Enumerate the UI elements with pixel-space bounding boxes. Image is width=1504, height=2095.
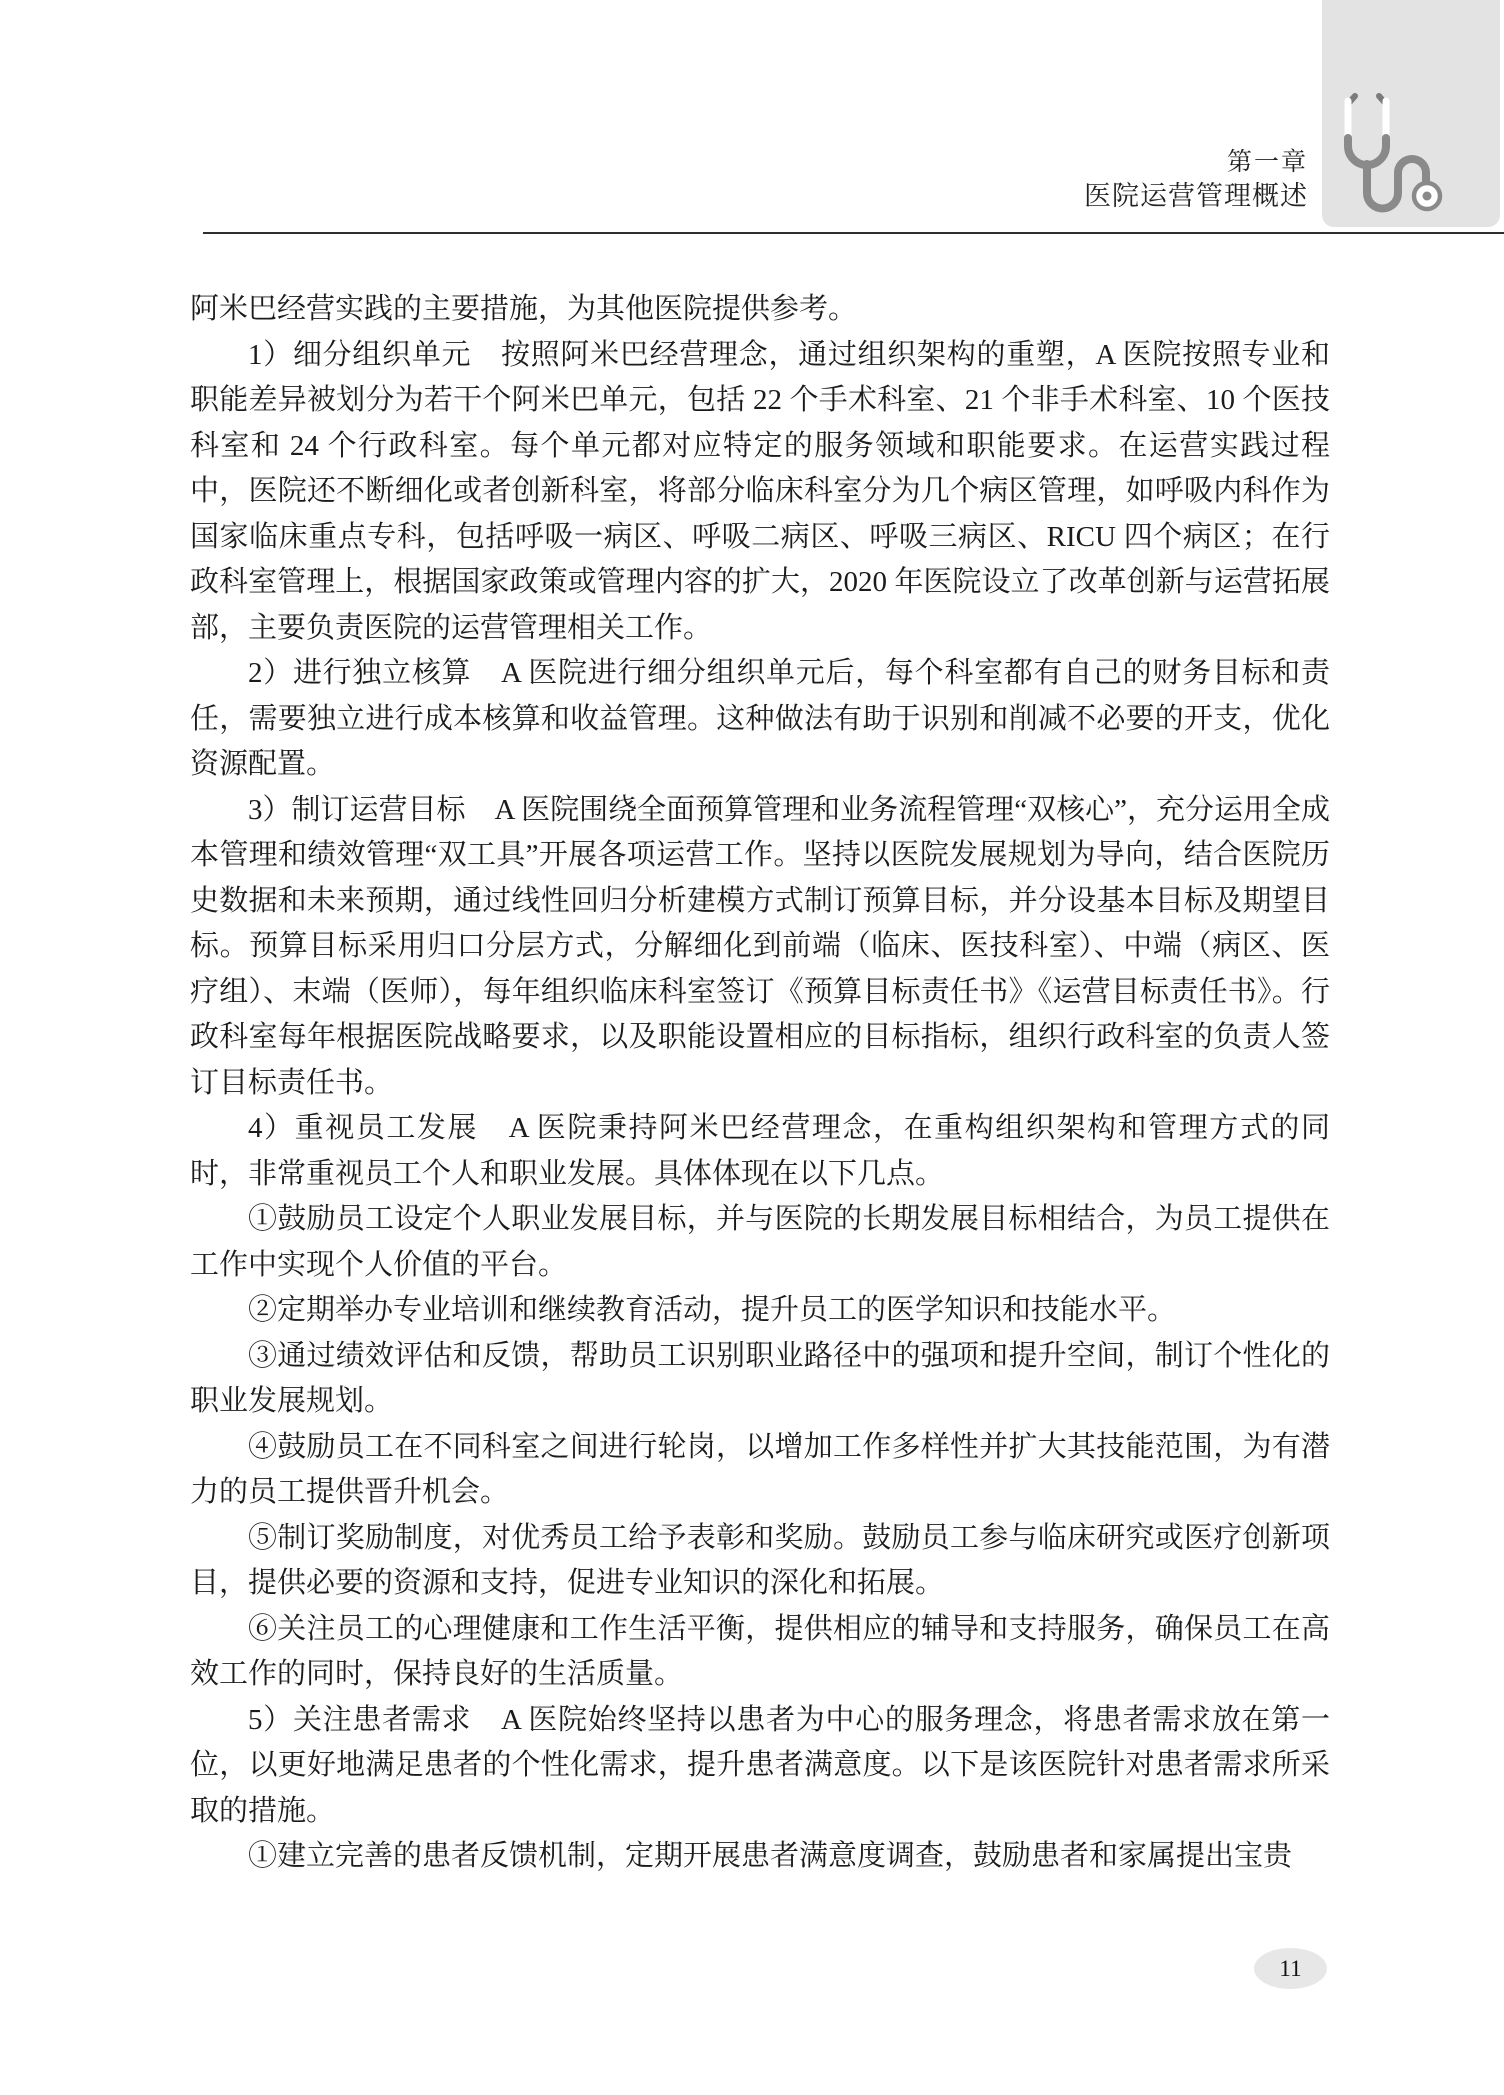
page-number-badge: 11 — [1254, 1948, 1327, 1989]
chapter-number: 第一章 — [1084, 146, 1308, 178]
paragraph: ⑥关注员工的心理健康和工作生活平衡，提供相应的辅导和支持服务，确保员工在高效工作… — [190, 1607, 1330, 1698]
book-page: 第一章 医院运营管理概述 阿米巴经营实践的主要措施，为其他医院提供参考。1）细分… — [0, 0, 1504, 2095]
paragraph: ⑤制订奖励制度，对优秀员工给予表彰和奖励。鼓励员工参与临床研究或医疗创新项目，提… — [190, 1516, 1330, 1607]
paragraph: 2）进行独立核算 A 医院进行细分组织单元后，每个科室都有自己的财务目标和责任，… — [190, 651, 1330, 788]
paragraph: ③通过绩效评估和反馈，帮助员工识别职业路径中的强项和提升空间，制订个性化的职业发… — [190, 1334, 1330, 1425]
paragraph: 5）关注患者需求 A 医院始终坚持以患者为中心的服务理念，将患者需求放在第一位，… — [190, 1698, 1330, 1835]
page-number: 11 — [1279, 1956, 1301, 1982]
paragraph: ④鼓励员工在不同科室之间进行轮岗，以增加工作多样性并扩大其技能范围，为有潜力的员… — [190, 1425, 1330, 1516]
paragraph: ①鼓励员工设定个人职业发展目标，并与医院的长期发展目标相结合，为员工提供在工作中… — [190, 1197, 1330, 1288]
paragraph: ①建立完善的患者反馈机制，定期开展患者满意度调查，鼓励患者和家属提出宝贵 — [190, 1834, 1330, 1880]
body-text: 阿米巴经营实践的主要措施，为其他医院提供参考。1）细分组织单元 按照阿米巴经营理… — [190, 287, 1330, 1880]
chapter-title: 医院运营管理概述 — [1084, 178, 1308, 214]
paragraph: 阿米巴经营实践的主要措施，为其他医院提供参考。 — [190, 287, 1330, 333]
stethoscope-icon — [1322, 0, 1500, 227]
header-divider — [203, 232, 1504, 234]
chapter-decoration-box — [1322, 0, 1500, 227]
paragraph: 4）重视员工发展 A 医院秉持阿米巴经营理念，在重构组织架构和管理方式的同时，非… — [190, 1106, 1330, 1197]
paragraph: 3）制订运营目标 A 医院围绕全面预算管理和业务流程管理“双核心”，充分运用全成… — [190, 788, 1330, 1107]
page-header: 第一章 医院运营管理概述 — [1084, 146, 1308, 214]
paragraph: 1）细分组织单元 按照阿米巴经营理念，通过组织架构的重塑，A 医院按照专业和职能… — [190, 333, 1330, 652]
paragraph: ②定期举办专业培训和继续教育活动，提升员工的医学知识和技能水平。 — [190, 1288, 1330, 1334]
